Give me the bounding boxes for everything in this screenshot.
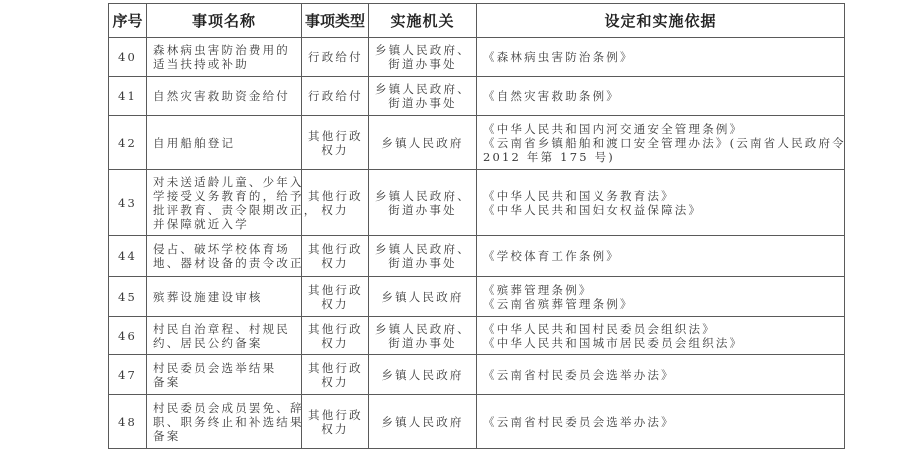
- item-type-cell: 其他行政权力: [302, 236, 369, 277]
- table-row: 46村民自治章程、村规民约、居民公约备案其他行政权力乡镇人民政府、街道办事处《中…: [109, 317, 845, 355]
- item-type-cell: 其他行政权力: [302, 116, 369, 170]
- row-number: 43: [109, 170, 147, 236]
- item-name-cell: 自用船舶登记: [147, 116, 302, 170]
- item-name-cell: 森林病虫害防治费用的适当扶持或补助: [147, 38, 302, 77]
- item-type-line: 其他行政: [308, 189, 362, 203]
- table-row: 47村民委员会选举结果备案其他行政权力乡镇人民政府《云南省村民委员会选举办法》: [109, 355, 845, 395]
- implementing-agency-line: 街道办事处: [375, 203, 470, 217]
- row-number: 41: [109, 77, 147, 116]
- table-row: 43对未送适龄儿童、少年入学接受义务教育的，给予批评教育、责令限期改正，并保障就…: [109, 170, 845, 236]
- items-table: 序号 事项名称 事项类型 实施机关 设定和实施依据 40森林病虫害防治费用的适当…: [108, 3, 845, 449]
- item-name-line: 村民自治章程、村规民: [153, 322, 295, 336]
- item-type-line: 其他行政: [308, 322, 362, 336]
- row-number: 48: [109, 395, 147, 449]
- table-row: 40森林病虫害防治费用的适当扶持或补助行政给付乡镇人民政府、街道办事处《森林病虫…: [109, 38, 845, 77]
- legal-basis-line: 《自然灾害救助条例》: [483, 89, 838, 103]
- item-type-cell: 行政给付: [302, 38, 369, 77]
- legal-basis-line: 《殡葬管理条例》: [483, 283, 838, 297]
- item-name-line: 自然灾害救助资金给付: [153, 89, 295, 103]
- row-number: 46: [109, 317, 147, 355]
- item-type-line: 其他行政: [308, 408, 362, 422]
- implementing-agency-cell: 乡镇人民政府、街道办事处: [369, 236, 477, 277]
- header-item-type: 事项类型: [302, 4, 369, 38]
- implementing-agency-line: 乡镇人民政府: [375, 136, 470, 150]
- legal-basis-line: 《中华人民共和国城市居民委员会组织法》: [483, 336, 838, 350]
- implementing-agency-cell: 乡镇人民政府: [369, 116, 477, 170]
- item-type-line: 权力: [308, 143, 362, 157]
- item-type-line: 其他行政: [308, 283, 362, 297]
- item-name-line: 对未送适龄儿童、少年入: [153, 175, 295, 189]
- item-type-line: 行政给付: [308, 89, 362, 103]
- item-name-line: 殡葬设施建设审核: [153, 290, 295, 304]
- item-name-line: 村民委员会成员罢免、辞: [153, 401, 295, 415]
- item-type-line: 其他行政: [308, 129, 362, 143]
- item-name-cell: 对未送适龄儿童、少年入学接受义务教育的，给予批评教育、责令限期改正，并保障就近入…: [147, 170, 302, 236]
- legal-basis-cell: 《森林病虫害防治条例》: [477, 38, 845, 77]
- item-name-cell: 侵占、破坏学校体育场地、器材设备的责令改正: [147, 236, 302, 277]
- implementing-agency-line: 乡镇人民政府、: [375, 189, 470, 203]
- item-type-cell: 其他行政权力: [302, 395, 369, 449]
- item-type-line: 行政给付: [308, 50, 362, 64]
- implementing-agency-line: 街道办事处: [375, 57, 470, 71]
- legal-basis-line: 《云南省村民委员会选举办法》: [483, 368, 838, 382]
- header-implementing-agency: 实施机关: [369, 4, 477, 38]
- item-name-line: 适当扶持或补助: [153, 57, 295, 71]
- item-type-line: 权力: [308, 375, 362, 389]
- item-name-line: 自用船舶登记: [153, 136, 295, 150]
- item-type-cell: 其他行政权力: [302, 355, 369, 395]
- implementing-agency-cell: 乡镇人民政府、街道办事处: [369, 77, 477, 116]
- implementing-agency-line: 乡镇人民政府、: [375, 322, 470, 336]
- legal-basis-cell: 《学校体育工作条例》: [477, 236, 845, 277]
- item-name-line: 职、职务终止和补选结果: [153, 415, 295, 429]
- item-name-line: 备案: [153, 375, 295, 389]
- implementing-agency-cell: 乡镇人民政府、街道办事处: [369, 38, 477, 77]
- legal-basis-line: 《云南省乡镇船舶和渡口安全管理办法》(云南省人民政府令: [483, 136, 838, 150]
- implementing-agency-cell: 乡镇人民政府: [369, 277, 477, 317]
- item-type-cell: 其他行政权力: [302, 277, 369, 317]
- implementing-agency-line: 乡镇人民政府、: [375, 43, 470, 57]
- item-name-line: 地、器材设备的责令改正: [153, 256, 295, 270]
- implementing-agency-line: 街道办事处: [375, 96, 470, 110]
- legal-basis-cell: 《殡葬管理条例》《云南省殡葬管理条例》: [477, 277, 845, 317]
- table-row: 48村民委员会成员罢免、辞职、职务终止和补选结果备案其他行政权力乡镇人民政府《云…: [109, 395, 845, 449]
- legal-basis-cell: 《云南省村民委员会选举办法》: [477, 395, 845, 449]
- table-row: 44侵占、破坏学校体育场地、器材设备的责令改正其他行政权力乡镇人民政府、街道办事…: [109, 236, 845, 277]
- legal-basis-line: 《中华人民共和国村民委员会组织法》: [483, 322, 838, 336]
- item-name-line: 学接受义务教育的，给予: [153, 189, 295, 203]
- item-type-line: 其他行政: [308, 361, 362, 375]
- table-row: 45殡葬设施建设审核其他行政权力乡镇人民政府《殡葬管理条例》《云南省殡葬管理条例…: [109, 277, 845, 317]
- legal-basis-line: 2012 年第 175 号): [483, 150, 838, 164]
- legal-basis-cell: 《中华人民共和国义务教育法》《中华人民共和国妇女权益保障法》: [477, 170, 845, 236]
- implementing-agency-line: 街道办事处: [375, 336, 470, 350]
- item-name-line: 批评教育、责令限期改正，: [153, 203, 295, 217]
- item-name-cell: 村民委员会选举结果备案: [147, 355, 302, 395]
- item-name-line: 侵占、破坏学校体育场: [153, 242, 295, 256]
- legal-basis-line: 《学校体育工作条例》: [483, 249, 838, 263]
- row-number: 44: [109, 236, 147, 277]
- table-body: 40森林病虫害防治费用的适当扶持或补助行政给付乡镇人民政府、街道办事处《森林病虫…: [109, 38, 845, 449]
- item-name-cell: 村民委员会成员罢免、辞职、职务终止和补选结果备案: [147, 395, 302, 449]
- implementing-agency-cell: 乡镇人民政府: [369, 355, 477, 395]
- legal-basis-cell: 《中华人民共和国内河交通安全管理条例》《云南省乡镇船舶和渡口安全管理办法》(云南…: [477, 116, 845, 170]
- table-header-row: 序号 事项名称 事项类型 实施机关 设定和实施依据: [109, 4, 845, 38]
- item-type-cell: 其他行政权力: [302, 317, 369, 355]
- implementing-agency-line: 乡镇人民政府、: [375, 242, 470, 256]
- legal-basis-line: 《森林病虫害防治条例》: [483, 50, 838, 64]
- item-name-cell: 殡葬设施建设审核: [147, 277, 302, 317]
- implementing-agency-cell: 乡镇人民政府: [369, 395, 477, 449]
- implementing-agency-line: 街道办事处: [375, 256, 470, 270]
- implementing-agency-cell: 乡镇人民政府、街道办事处: [369, 317, 477, 355]
- legal-basis-line: 《中华人民共和国妇女权益保障法》: [483, 203, 838, 217]
- item-type-line: 权力: [308, 336, 362, 350]
- header-serial-number: 序号: [109, 4, 147, 38]
- row-number: 42: [109, 116, 147, 170]
- header-legal-basis: 设定和实施依据: [477, 4, 845, 38]
- item-type-cell: 行政给付: [302, 77, 369, 116]
- item-type-line: 权力: [308, 256, 362, 270]
- legal-basis-line: 《云南省村民委员会选举办法》: [483, 415, 838, 429]
- item-name-line: 并保障就近入学: [153, 217, 295, 231]
- item-name-line: 约、居民公约备案: [153, 336, 295, 350]
- table-row: 41自然灾害救助资金给付行政给付乡镇人民政府、街道办事处《自然灾害救助条例》: [109, 77, 845, 116]
- legal-basis-line: 《云南省殡葬管理条例》: [483, 297, 838, 311]
- row-number: 45: [109, 277, 147, 317]
- implementing-agency-cell: 乡镇人民政府、街道办事处: [369, 170, 477, 236]
- header-item-name: 事项名称: [147, 4, 302, 38]
- item-name-cell: 村民自治章程、村规民约、居民公约备案: [147, 317, 302, 355]
- item-type-line: 其他行政: [308, 242, 362, 256]
- item-name-line: 森林病虫害防治费用的: [153, 43, 295, 57]
- item-name-line: 村民委员会选举结果: [153, 361, 295, 375]
- row-number: 47: [109, 355, 147, 395]
- table-row: 42自用船舶登记其他行政权力乡镇人民政府《中华人民共和国内河交通安全管理条例》《…: [109, 116, 845, 170]
- item-type-line: 权力: [308, 422, 362, 436]
- legal-basis-line: 《中华人民共和国内河交通安全管理条例》: [483, 122, 838, 136]
- implementing-agency-line: 乡镇人民政府: [375, 368, 470, 382]
- item-name-line: 备案: [153, 429, 295, 443]
- item-name-cell: 自然灾害救助资金给付: [147, 77, 302, 116]
- implementing-agency-line: 乡镇人民政府、: [375, 82, 470, 96]
- legal-basis-cell: 《中华人民共和国村民委员会组织法》《中华人民共和国城市居民委员会组织法》: [477, 317, 845, 355]
- implementing-agency-line: 乡镇人民政府: [375, 415, 470, 429]
- legal-basis-line: 《中华人民共和国义务教育法》: [483, 189, 838, 203]
- legal-basis-cell: 《云南省村民委员会选举办法》: [477, 355, 845, 395]
- row-number: 40: [109, 38, 147, 77]
- item-type-line: 权力: [308, 297, 362, 311]
- legal-basis-cell: 《自然灾害救助条例》: [477, 77, 845, 116]
- implementing-agency-line: 乡镇人民政府: [375, 290, 470, 304]
